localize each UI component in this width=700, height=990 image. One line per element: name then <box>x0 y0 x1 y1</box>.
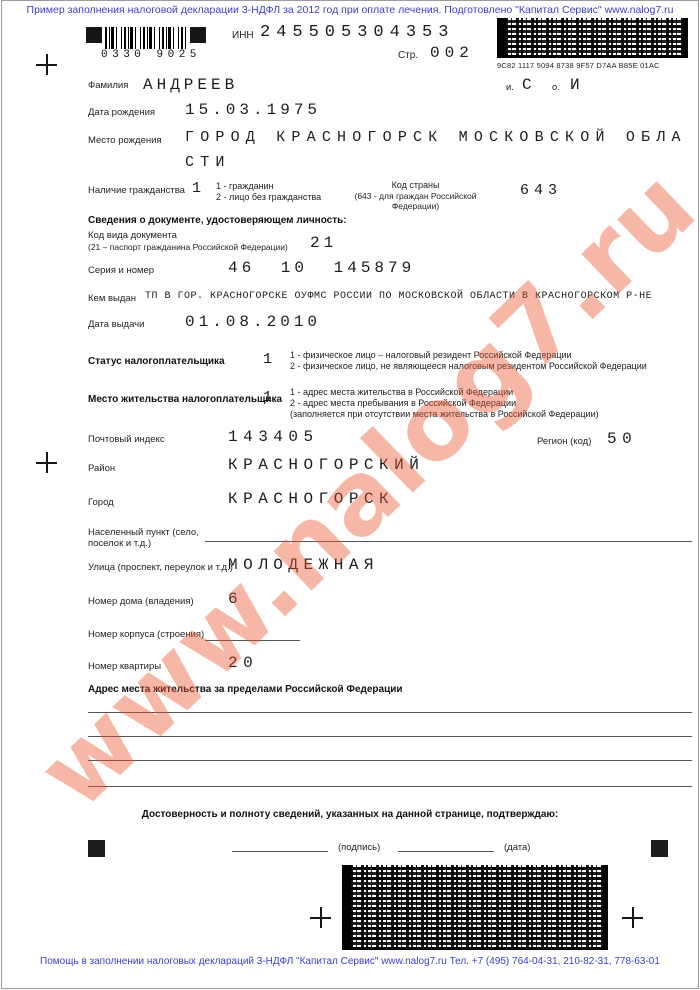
building-blank-field <box>205 640 300 641</box>
country-code-label-line2: (643 - для граждан Российской Федерации) <box>333 191 498 211</box>
house-number-label: Номер дома (владения) <box>88 597 194 608</box>
settlement-blank-field <box>205 541 692 542</box>
birth-place-value-line1: ГОРОД КРАСНОГОРСК МОСКОВСКОЙ ОБЛА <box>185 129 687 146</box>
initial-o-label: о. <box>552 83 560 94</box>
bottom-barcode-pdf417-icon <box>342 865 608 950</box>
birth-place-label: Место рождения <box>88 136 162 147</box>
residence-hint-1: 1 - адрес места жительства в Российской … <box>290 387 513 398</box>
inn-value: 245505304353 <box>260 23 454 42</box>
surname-label: Фамилия <box>88 81 128 92</box>
street-label: Улица (проспект, переулок и т.д.) <box>88 563 233 574</box>
form-barcode-1d-icon <box>105 27 187 49</box>
page-number-value: 002 <box>430 44 474 62</box>
residence-value: 1 <box>263 389 272 406</box>
confirmation-statement: Достоверность и полноту сведений, указан… <box>0 809 700 820</box>
registration-square-mark <box>190 27 206 43</box>
citizenship-value: 1 <box>192 180 201 197</box>
foreign-address-label: Адрес места жительства за пределами Росс… <box>88 684 403 695</box>
district-label: Район <box>88 464 115 475</box>
document-kind-value: 21 <box>310 234 337 252</box>
postal-code-value: 143405 <box>228 428 319 446</box>
signature-label: (подпись) <box>338 843 380 854</box>
citizenship-hint-1: 1 - гражданин <box>216 181 274 192</box>
registration-square-mark <box>86 27 102 43</box>
doc-barcode-pdf417-icon <box>497 18 688 58</box>
registration-plus-icon <box>36 54 57 75</box>
birth-date-label: Дата рождения <box>88 108 155 119</box>
region-code-value: 50 <box>607 430 637 448</box>
residence-label: Место жительства налогоплательщика <box>88 394 282 405</box>
country-code-label-block: Код страны (643 - для граждан Российской… <box>333 180 498 211</box>
registration-plus-icon <box>622 907 643 928</box>
foreign-address-blank-line <box>88 712 692 713</box>
initial-o-value: И <box>570 76 580 94</box>
promo-header-text: Пример заполнения налоговой декларации 3… <box>0 4 700 16</box>
citizenship-hint-2: 2 - лицо без гражданства <box>216 192 321 203</box>
initial-i-label: и. <box>506 83 514 94</box>
form-barcode-digits: 0330 9025 <box>101 49 201 61</box>
residence-hint-2: 2 - адрес места пребывания в Российской … <box>290 398 516 409</box>
date-label: (дата) <box>504 843 530 854</box>
settlement-label-line2: поселок и т.д.) <box>88 539 151 550</box>
doc-barcode-code: 9C82 1117 5094 8738 9F57 D7AA B85E 01AC <box>497 61 660 70</box>
foreign-address-blank-line <box>88 786 692 787</box>
postal-code-label: Почтовый индекс <box>88 435 165 446</box>
issued-by-label: Кем выдан <box>88 294 136 305</box>
apartment-number-label: Номер квартиры <box>88 662 161 673</box>
document-kind-label-line1: Код вида документа <box>88 231 177 242</box>
series-value: 46 10 145879 <box>228 259 415 277</box>
district-value: КРАСНОГОРСКИЙ <box>228 456 424 474</box>
apartment-number-value: 20 <box>228 654 258 672</box>
surname-value: АНДРЕЕВ <box>143 76 238 94</box>
inn-label: ИНН <box>232 30 254 42</box>
residence-hint-3: (заполняется при отсутствии места житель… <box>290 409 599 420</box>
foreign-address-blank-line <box>88 736 692 737</box>
region-code-label: Регион (код) <box>537 437 591 448</box>
document-kind-label-line2: (21 – паспорт гражданина Российской Феде… <box>88 242 288 252</box>
registration-square-mark <box>88 840 105 857</box>
promo-footer-text: Помощь в заполнении налоговых деклараций… <box>0 956 700 967</box>
registration-plus-icon <box>36 452 57 473</box>
date-blank-field <box>398 851 494 852</box>
registration-plus-icon <box>310 907 331 928</box>
building-number-label: Номер корпуса (строения) <box>88 630 204 641</box>
city-value: КРАСНОГОРСК <box>228 490 394 508</box>
taxpayer-status-label: Статус налогоплательщика <box>88 356 225 367</box>
initial-i-value: С <box>522 76 532 94</box>
taxpayer-status-value: 1 <box>263 351 272 368</box>
birth-place-value-line2: СТИ <box>185 154 231 171</box>
citizenship-label: Наличие гражданства <box>88 186 185 197</box>
issued-by-value: ТП В ГОР. КРАСНОГОРСКЕ ОУФМС РОССИИ ПО М… <box>145 291 652 302</box>
issue-date-value: 01.08.2010 <box>185 313 321 331</box>
issue-date-label: Дата выдачи <box>88 320 144 331</box>
country-code-value: 643 <box>520 182 562 199</box>
city-label: Город <box>88 498 114 509</box>
country-code-label-line1: Код страны <box>333 180 498 191</box>
signature-blank-field <box>232 851 328 852</box>
document-section-title: Сведения о документе, удостоверяющем лич… <box>88 215 347 226</box>
taxpayer-status-hint-2: 2 - физическое лицо, не являющееся налог… <box>290 361 647 372</box>
house-number-value: 6 <box>228 590 243 608</box>
taxpayer-status-hint-1: 1 - физическое лицо – налоговый резидент… <box>290 350 572 361</box>
page-number-label: Стр. <box>398 50 418 62</box>
birth-date-value: 15.03.1975 <box>185 101 321 119</box>
registration-square-mark <box>651 840 668 857</box>
foreign-address-blank-line <box>88 760 692 761</box>
series-label: Серия и номер <box>88 266 154 277</box>
street-value: МОЛОДЕЖНАЯ <box>228 556 379 574</box>
